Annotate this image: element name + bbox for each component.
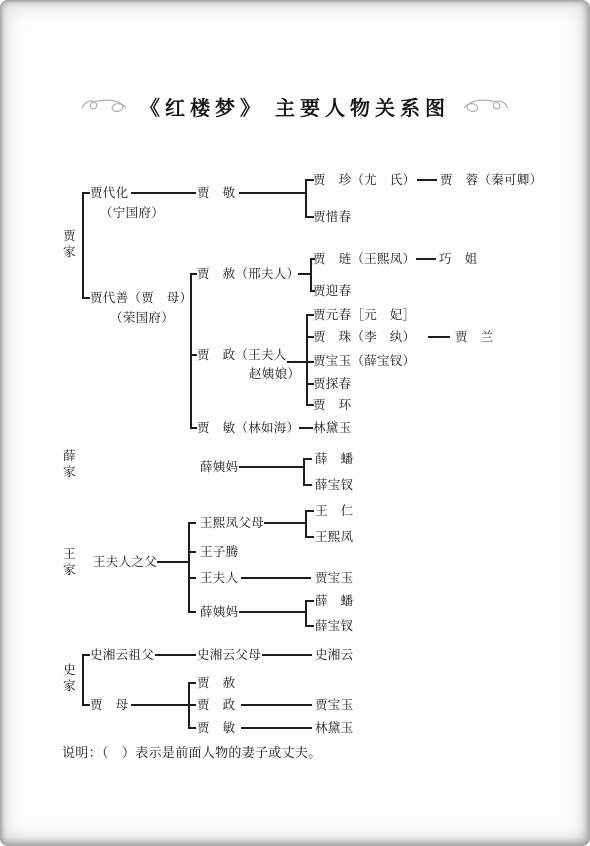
- person-jia-zhen: 贾 珍（尤 氏）: [313, 172, 415, 188]
- person-jia-daihua: 贾代化: [90, 185, 128, 201]
- person-wang-xifeng: 王熙凤: [315, 529, 353, 545]
- person-jia-min: 贾 敏（林如海）: [197, 420, 299, 436]
- family-label-xue: 薛家: [62, 449, 77, 480]
- person-jia-daishan: 贾代善（贾 母）: [90, 290, 192, 306]
- tree-line-v: [190, 274, 192, 428]
- flourish-right-icon: [462, 96, 510, 114]
- tree-line-h: [188, 704, 196, 706]
- marriage-line: [428, 336, 450, 338]
- tree-line-v: [305, 601, 307, 626]
- person-jia-min: 贾 敏: [197, 720, 235, 736]
- tree-line-h: [157, 561, 189, 563]
- person-jia-mu: 贾 母: [90, 697, 128, 713]
- tree-line-h: [239, 466, 304, 468]
- tree-line-h: [190, 273, 197, 275]
- tree-line-h: [306, 404, 314, 406]
- person-jia-zhu: 贾 珠（李 纨）: [313, 329, 415, 345]
- tree-line-h: [188, 551, 196, 553]
- tree-line-v: [305, 511, 307, 537]
- person-jia-zheng: 贾 政: [197, 697, 235, 713]
- person-xue-baochai: 薛宝钗: [315, 477, 353, 493]
- person-zhao-yiniang: 赵姨娘）: [249, 366, 300, 382]
- person-shi-grandfather: 史湘云祖父: [90, 647, 154, 663]
- tree-line-h: [306, 383, 314, 385]
- tree-line-h: [239, 611, 306, 613]
- label-rongguofu: （荣国府）: [110, 310, 174, 326]
- person-jia-tanchun: 贾探春: [313, 376, 351, 392]
- legend-note: 说明：（ ）表示是前面人物的妻子或丈夫。: [62, 745, 322, 761]
- tree-line-v: [188, 523, 190, 612]
- person-jia-rong: 贾 蓉（秦可卿）: [440, 172, 542, 188]
- tree-line-h: [188, 522, 196, 524]
- person-jia-huan: 贾 环: [313, 397, 351, 413]
- person-jia-she: 贾 赦: [197, 675, 235, 691]
- person-wang-ziteng: 王子腾: [200, 544, 238, 560]
- person-jia-jing: 贾 敬: [197, 185, 235, 201]
- person-lin-daiyu: 林黛玉: [313, 420, 351, 436]
- marriage-line: [416, 258, 436, 260]
- tree-line-h: [188, 611, 196, 613]
- tree-line-h: [190, 354, 197, 356]
- tree-line-h: [188, 682, 196, 684]
- tree-line-v: [310, 259, 312, 291]
- person-qiaojie: 巧 姐: [439, 251, 477, 267]
- tree-line-h: [188, 727, 196, 729]
- person-jia-baoyu: 贾宝玉: [315, 697, 353, 713]
- tree-line-h: [305, 536, 314, 538]
- tree-line-h: [131, 192, 196, 194]
- marriage-line: [417, 179, 437, 181]
- person-wang-furen-father: 王夫人之父: [93, 554, 157, 570]
- person-jia-baoyu: 贾宝玉（薛宝钗）: [313, 353, 415, 369]
- person-xue-yima: 薛姨妈: [200, 459, 238, 475]
- tree-line-v: [82, 655, 84, 705]
- page-title: 《红楼梦》 主要人物关系图: [140, 98, 450, 120]
- tree-line-h: [131, 704, 189, 706]
- person-shi-xiangyun: 史湘云: [315, 647, 353, 663]
- family-label-wang: 王家: [62, 547, 77, 578]
- person-jia-she: 贾 赦（邢夫人）: [197, 266, 299, 282]
- person-xue-pan: 薛 蟠: [315, 593, 353, 609]
- tree-line-h: [306, 314, 314, 316]
- tree-line-h: [303, 458, 312, 460]
- person-xue-baochai: 薛宝钗: [315, 618, 353, 634]
- family-label-shi: 史家: [62, 663, 77, 694]
- tree-line-v: [306, 315, 308, 405]
- tree-line-h: [305, 216, 314, 218]
- person-jia-lan: 贾 兰: [455, 329, 493, 345]
- tree-line-v: [82, 193, 84, 298]
- tree-line-h: [306, 336, 314, 338]
- tree-line-v: [188, 683, 190, 728]
- tree-line-h: [310, 290, 315, 292]
- label-ningguofu: （宁国府）: [100, 205, 164, 221]
- tree-line-h: [305, 510, 314, 512]
- person-wang-furen: 王夫人: [200, 570, 238, 586]
- tree-line-h: [241, 577, 311, 579]
- person-jia-xichun: 贾惜春: [313, 209, 351, 225]
- scanned-page: 《红楼梦》 主要人物关系图 贾家 贾代化 （宁国府） 贾 敬 贾 珍（尤 氏） …: [0, 0, 590, 846]
- tree-line-h: [262, 654, 312, 656]
- tree-line-h: [190, 427, 197, 429]
- tree-line-h: [239, 192, 306, 194]
- person-jia-lian: 贾 琏（王熙凤）: [313, 251, 415, 267]
- tree-line-h: [82, 654, 90, 656]
- person-jia-zheng: 贾 政（王夫人: [197, 347, 287, 363]
- person-jia-baoyu: 贾宝玉: [315, 570, 353, 586]
- person-xue-pan: 薛 蟠: [315, 451, 353, 467]
- tree-line-h: [241, 704, 312, 706]
- tree-line-h: [287, 361, 307, 363]
- person-wang-xifeng-parents: 王熙凤父母: [200, 515, 264, 531]
- tree-line-h: [305, 179, 314, 181]
- tree-line-h: [241, 727, 312, 729]
- tree-line-h: [188, 577, 196, 579]
- tree-line-h: [305, 625, 314, 627]
- tree-line-v: [305, 180, 307, 217]
- tree-line-h: [299, 427, 313, 429]
- person-jia-yuanchun: 贾元春［元 妃］: [313, 307, 415, 323]
- tree-line-h: [82, 704, 90, 706]
- tree-line-h: [82, 297, 90, 299]
- person-jia-yingchun: 贾迎春: [313, 283, 351, 299]
- tree-line-h: [306, 361, 314, 363]
- tree-line-v: [303, 459, 305, 485]
- tree-line-h: [264, 522, 306, 524]
- person-wang-ren: 王 仁: [315, 503, 353, 519]
- tree-line-h: [82, 192, 90, 194]
- person-lin-daiyu: 林黛玉: [315, 720, 353, 736]
- tree-line-h: [310, 258, 315, 260]
- family-label-jia: 贾家: [62, 229, 77, 260]
- tree-line-h: [155, 654, 196, 656]
- tree-line-h: [305, 600, 314, 602]
- person-xue-yima: 薛姨妈: [200, 604, 238, 620]
- tree-line-h: [303, 484, 312, 486]
- person-shi-parents: 史湘云父母: [197, 647, 261, 663]
